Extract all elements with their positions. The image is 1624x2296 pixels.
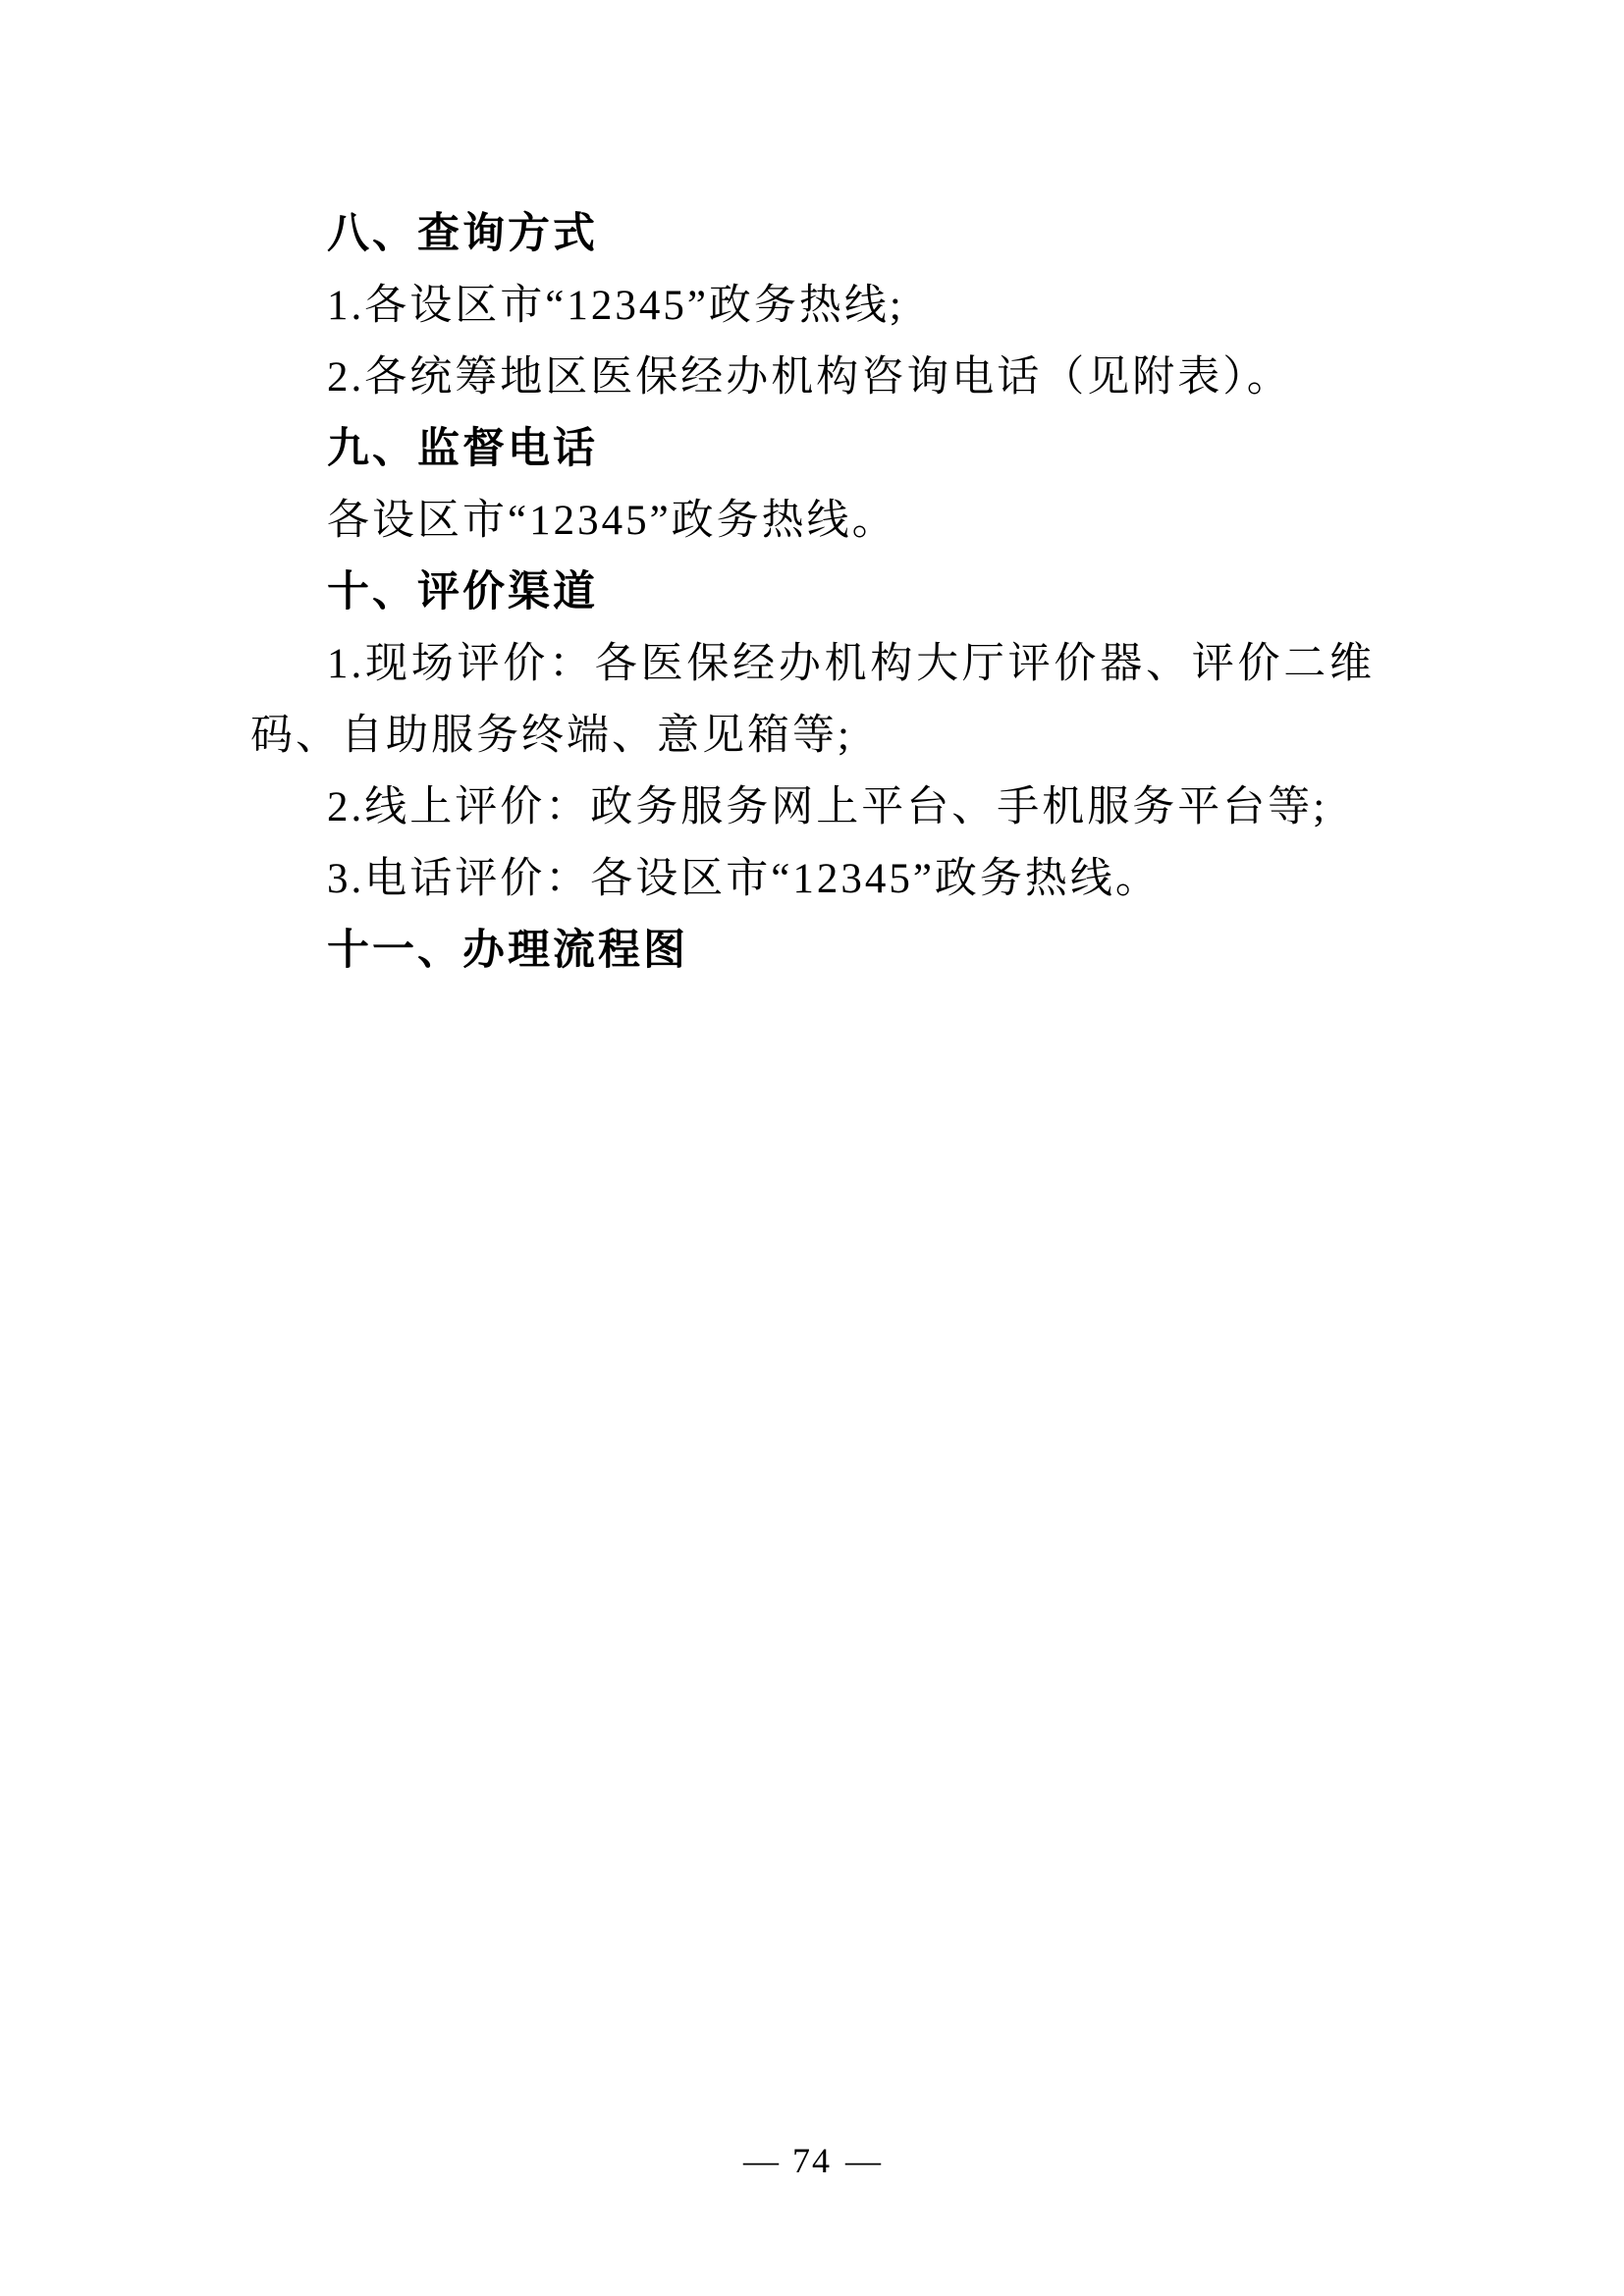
heading-section-11-process-flowchart: 十一、办理流程图 bbox=[250, 915, 1375, 987]
footer-right-dash: — bbox=[845, 2140, 881, 2181]
document-content: 八、查询方式 1.各设区市“12345”政务热线; 2.各统筹地区医保经办机构咨… bbox=[250, 198, 1375, 987]
heading-section-10-evaluation-channels: 十、评价渠道 bbox=[250, 557, 1375, 628]
document-page: 八、查询方式 1.各设区市“12345”政务热线; 2.各统筹地区医保经办机构咨… bbox=[0, 0, 1624, 2296]
page-number: 74 bbox=[792, 2140, 832, 2181]
footer-left-dash: — bbox=[743, 2140, 779, 2181]
page-footer: —74— bbox=[0, 2140, 1624, 2181]
para-query-hotline-12345: 1.各设区市“12345”政务热线; bbox=[250, 270, 1375, 342]
para-supervision-hotline: 各设区市“12345”政务热线。 bbox=[250, 485, 1375, 557]
heading-section-8-query-methods: 八、查询方式 bbox=[250, 198, 1375, 270]
para-evaluation-online: 2.线上评价：政务服务网上平台、手机服务平台等; bbox=[250, 772, 1375, 843]
heading-section-9-supervision-phone: 九、监督电话 bbox=[250, 413, 1375, 485]
para-evaluation-onsite: 1.现场评价：各医保经办机构大厅评价器、评价二维码、自助服务终端、意见箱等; bbox=[250, 628, 1375, 772]
para-query-agency-phone: 2.各统筹地区医保经办机构咨询电话（见附表）。 bbox=[250, 342, 1375, 413]
para-evaluation-phone: 3.电话评价：各设区市“12345”政务热线。 bbox=[250, 843, 1375, 915]
